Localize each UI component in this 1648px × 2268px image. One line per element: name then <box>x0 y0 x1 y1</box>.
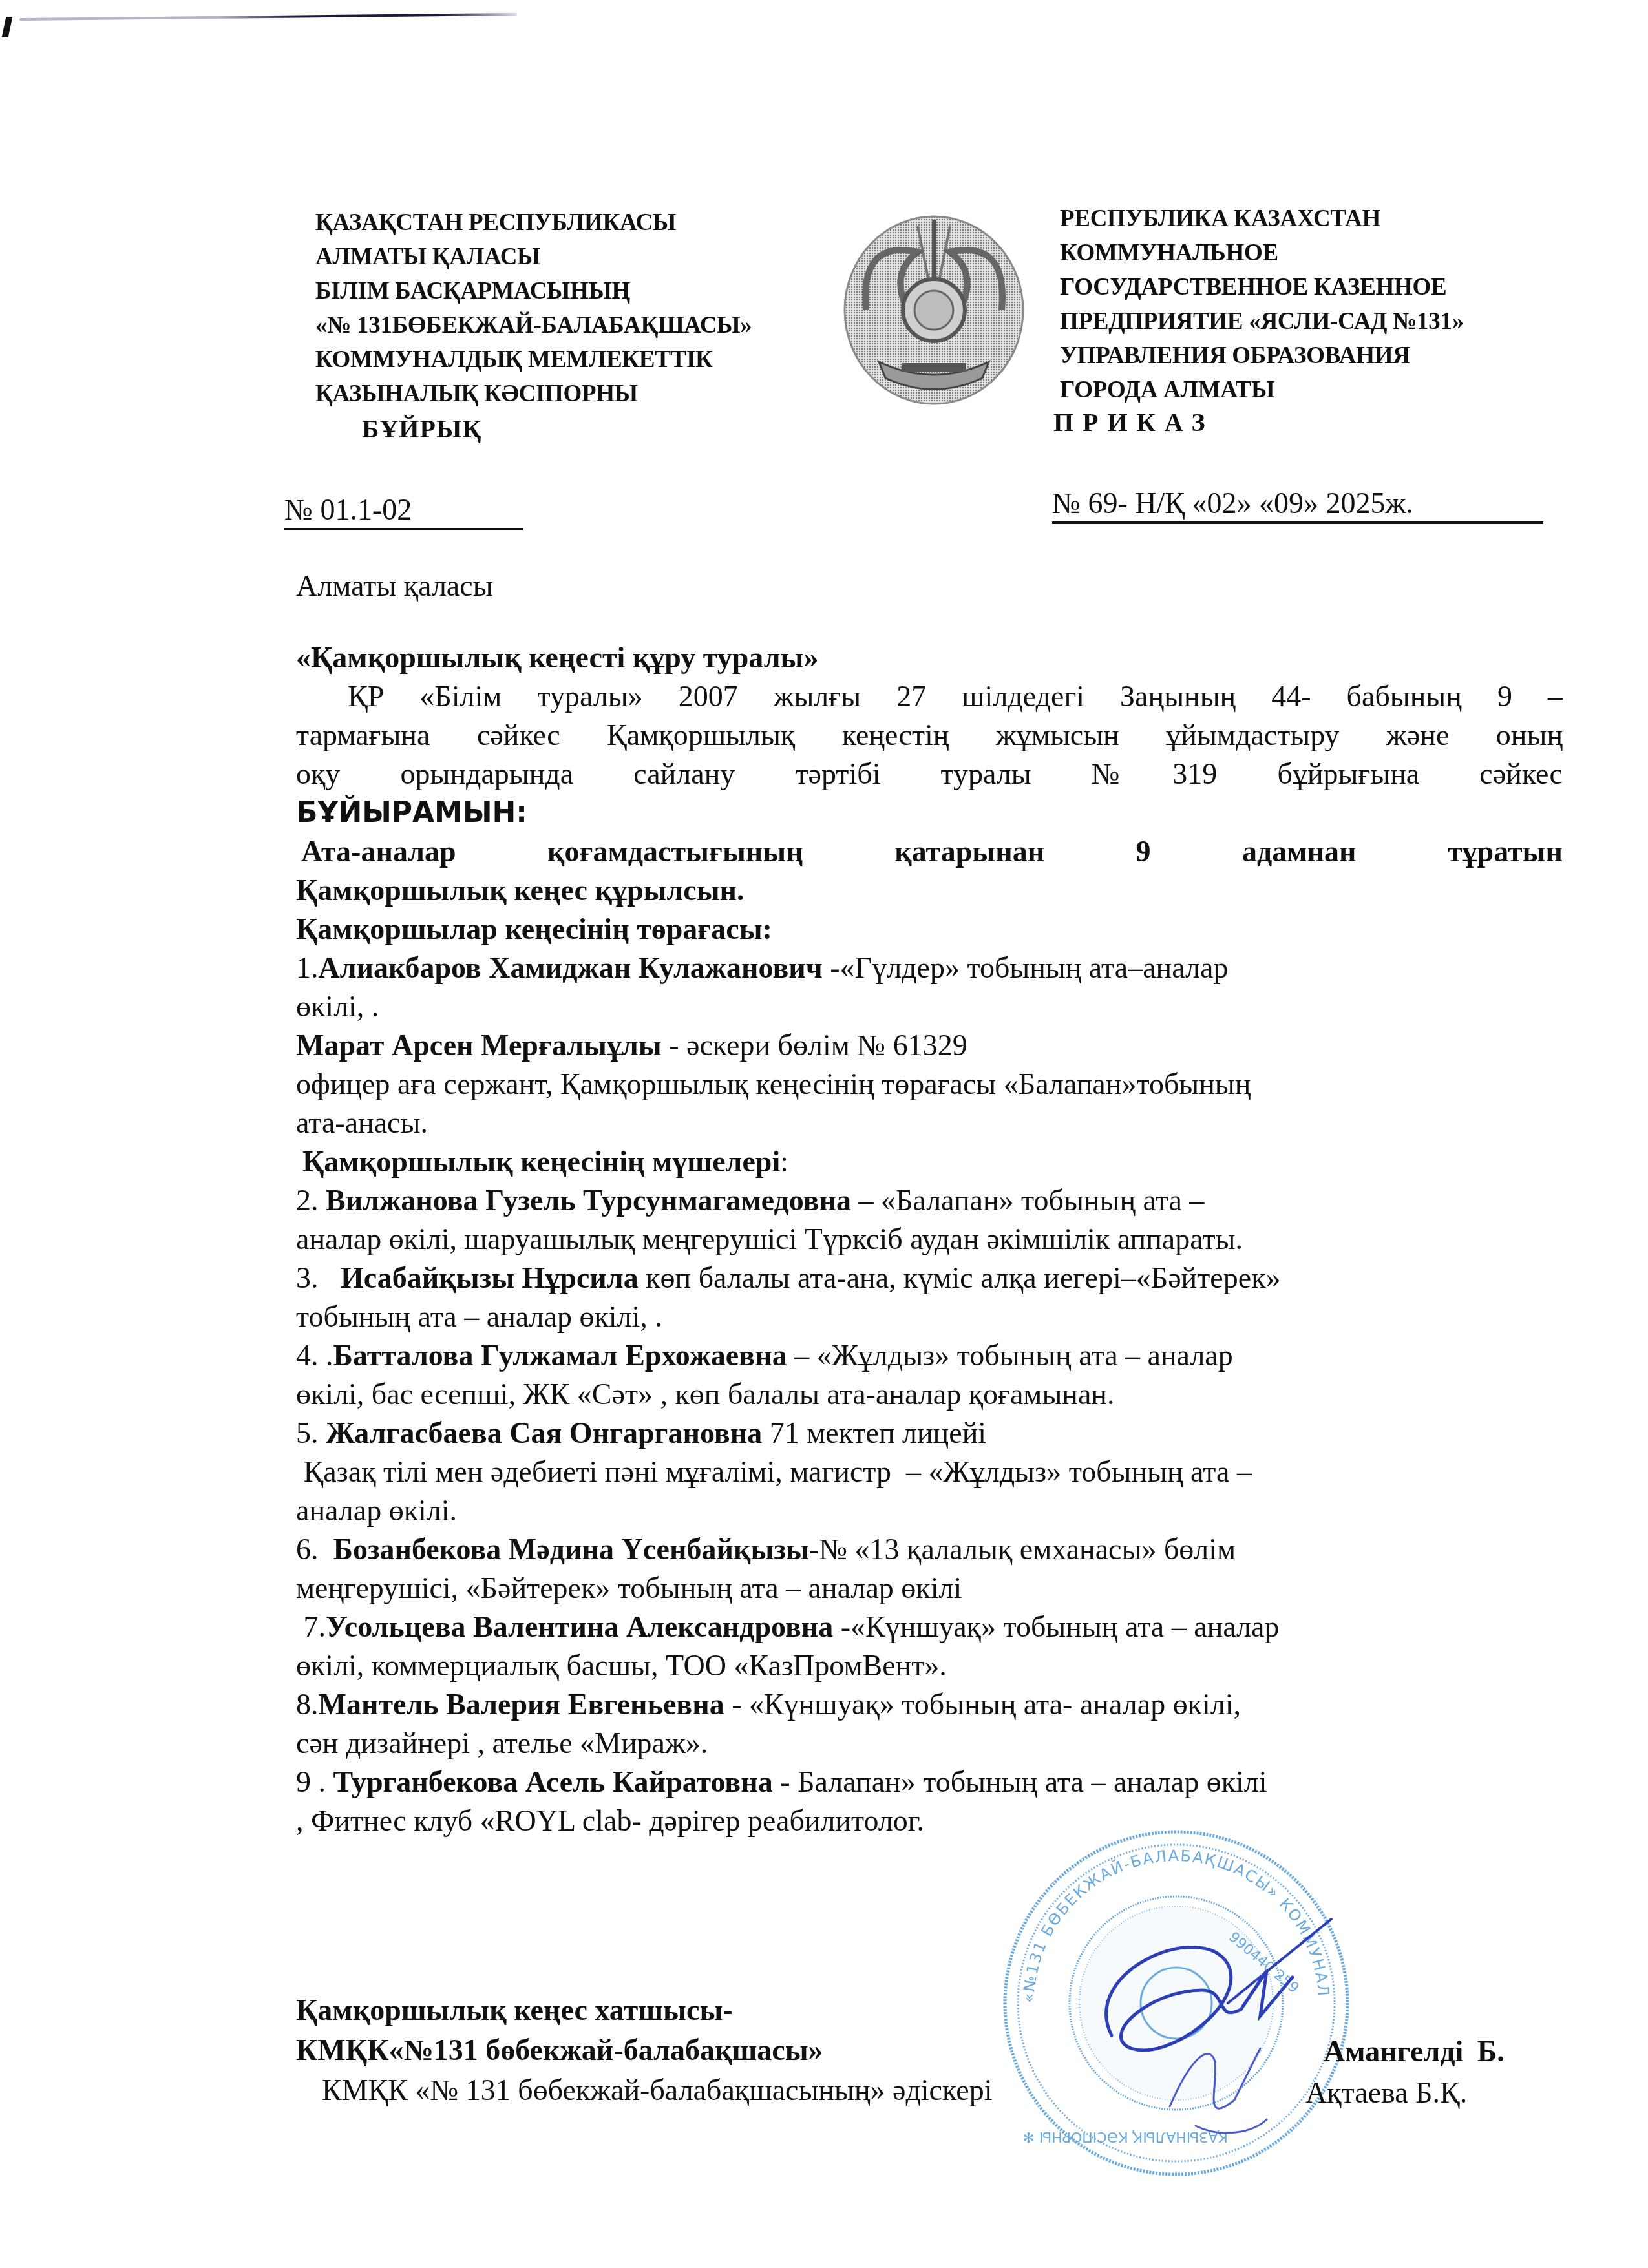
order-title-ru: ПРИКАЗ <box>1053 407 1214 437</box>
secretary-name: Амангелді Б. <box>1324 2034 1505 2068</box>
person-name: Исабайқызы Нұрсила <box>341 1261 639 1294</box>
order-word: БҰЙЫРАМЫН: <box>296 793 1563 832</box>
header-right-line: ПРЕДПРИЯТИЕ «ЯСЛИ-САД №131» <box>1060 304 1551 339</box>
header-right-line: ГОСУДАРСТВЕННОЕ КАЗЕННОЕ <box>1060 270 1551 304</box>
chair-entry-cont: өкілі, . <box>296 987 1563 1026</box>
member-entry-cont: өкілі, бас есепші, ЖК «Сәт» , көп балалы… <box>296 1375 1563 1414</box>
member-entry-cont: сән дизайнері , ателье «Мираж». <box>296 1724 1563 1763</box>
member-entry: 2. Вилжанова Гузель Турсунмагамедовна – … <box>296 1181 1563 1220</box>
person-name: Марат Арсен Мерғалыұлы <box>296 1029 662 1062</box>
member-entry-cont: Қазақ тілі мен әдебиеті пәні мұғалімі, м… <box>296 1453 1563 1491</box>
member-entry: 9 . Турганбекова Асель Кайратовна - Бала… <box>296 1763 1563 1801</box>
header-left-kz: ҚАЗАҚСТАН РЕСПУБЛИКАСЫ АЛМАТЫ ҚАЛАСЫ БІЛ… <box>315 205 819 411</box>
members-heading: Қамқоршылық кеңесінің мүшелері: <box>296 1142 1563 1181</box>
chair-entry: 1.Алиакбаров Хамиджан Кулажанович -«Гүлд… <box>296 949 1563 987</box>
person-name: Вилжанова Гузель Турсунмагамедовна <box>326 1184 851 1217</box>
decision-line: Қамқоршылық кеңес құрылсын. <box>296 871 1563 910</box>
member-entry-cont: аналар өкілі, шаруашылық меңгерушісі Түр… <box>296 1220 1563 1259</box>
preamble-line: тармағына сәйкес Қамқоршылық кеңестің жұ… <box>296 716 1563 755</box>
header-right-line: РЕСПУБЛИКА КАЗАХСТАН <box>1060 202 1551 236</box>
preamble-line: оқу орындарында сайлану тәртібі туралы №… <box>296 755 1563 793</box>
document-body: «Қамқоршылық кеңесті құру туралы» ҚР «Бі… <box>296 638 1563 1840</box>
scan-corner-mark <box>2 17 13 37</box>
city-label: Алматы қаласы <box>296 569 493 603</box>
member-entry: 3. Исабайқызы Нұрсила көп балалы ата-ана… <box>296 1259 1563 1297</box>
chair-entry-cont: ата-анасы. <box>296 1104 1563 1142</box>
header-right-line: УПРАВЛЕНИЯ ОБРАЗОВАНИЯ <box>1060 339 1551 373</box>
member-entry-cont: өкілі, коммерциалық басшы, ТОО «КазПромВ… <box>296 1646 1563 1685</box>
decision-line: Ата-аналар қоғамдастығының қатарынан 9 а… <box>296 832 1563 871</box>
member-entry: 4. .Батталова Гулжамал Ерхожаевна – «Жұл… <box>296 1336 1563 1375</box>
member-entry-cont: меңгерушісі, «Бәйтерек» тобының ата – ан… <box>296 1569 1563 1608</box>
chair-heading: Қамқоршылар кеңесінің төрағасы: <box>296 910 1563 949</box>
document-number-left: № 01.1-02 <box>284 492 523 530</box>
chair-entry: Марат Арсен Мерғалыұлы - әскери бөлім № … <box>296 1026 1563 1065</box>
header-right-ru: РЕСПУБЛИКА КАЗАХСТАН КОММУНАЛЬНОЕ ГОСУДА… <box>1060 202 1551 407</box>
person-name: Батталова Гулжамал Ерхожаевна <box>333 1339 787 1372</box>
person-name: Жалгасбаева Сая Онгаргановна <box>326 1416 762 1449</box>
preamble-line: ҚР «Білім туралы» 2007 жылғы 27 шілдедег… <box>296 677 1563 716</box>
order-title-kz: БҰЙРЫҚ <box>362 414 481 444</box>
header-left-line: БІЛІМ БАСҚАРМАСЫНЫҢ <box>315 274 819 308</box>
state-emblem-icon <box>840 213 1028 407</box>
person-name: Усольцева Валентина Александровна <box>326 1610 833 1643</box>
member-entry: 6. Бозанбекова Мәдина Үсенбайқызы-№ «13 … <box>296 1530 1563 1569</box>
member-entry: 7.Усольцева Валентина Александровна -«Кү… <box>296 1608 1563 1646</box>
header-left-line: КОММУНАЛДЫҚ МЕМЛЕКЕТТІК <box>315 342 819 377</box>
person-name: Турганбекова Асель Кайратовна <box>333 1765 773 1798</box>
member-entry: 5. Жалгасбаева Сая Онгаргановна 71 мекте… <box>296 1414 1563 1453</box>
chair-entry-cont: офицер аға сержант, Қамқоршылық кеңесіні… <box>296 1065 1563 1104</box>
member-entry-cont: , Фитнес клуб «ROYL clab- дәрігер реабил… <box>296 1801 1563 1840</box>
secretary-label: Қамқоршылық кеңес хатшысы- <box>296 1990 1589 2030</box>
document-title: «Қамқоршылық кеңесті құру туралы» <box>296 638 1563 677</box>
person-name: Бозанбекова Мәдина Үсенбайқызы- <box>333 1533 819 1566</box>
header-right-line: ГОРОДА АЛМАТЫ <box>1060 373 1551 407</box>
member-entry-cont: тобының ата – аналар өкілі, . <box>296 1297 1563 1336</box>
member-entry: 8.Мантель Валерия Евгеньевна - «Күншуақ»… <box>296 1685 1563 1724</box>
person-name: Мантель Валерия Евгеньевна <box>319 1688 724 1721</box>
methodist-name: Ақтаева Б.Қ. <box>1305 2075 1467 2110</box>
header-left-line: АЛМАТЫ ҚАЛАСЫ <box>315 240 819 274</box>
header-left-line: ҚАЗАҚСТАН РЕСПУБЛИКАСЫ <box>315 205 819 240</box>
scan-edge-line <box>19 13 517 21</box>
document-number-date: № 69- Н/Қ «02» «09» 2025ж. <box>1052 486 1543 524</box>
header-right-line: КОММУНАЛЬНОЕ <box>1060 236 1551 270</box>
member-entry-cont: аналар өкілі. <box>296 1491 1563 1530</box>
person-name: Алиакбаров Хамиджан Кулажанович <box>319 951 823 984</box>
header-left-line: ҚАЗЫНАЛЫҚ КӘСІПОРНЫ <box>315 377 819 411</box>
header-left-line: «№ 131БӨБЕКЖАЙ-БАЛАБАҚШАСЫ» <box>315 308 819 342</box>
